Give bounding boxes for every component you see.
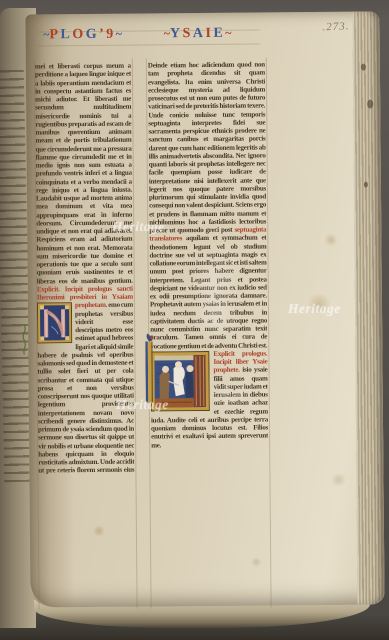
running-title-letter: L [60, 27, 72, 42]
running-title-letter: O [72, 27, 86, 42]
body-text: Deinde etiam hoc adiciendum quod non tam… [148, 60, 266, 234]
fore-edge-speck [361, 64, 366, 71]
heritage-watermark: Heritage [116, 397, 169, 413]
running-title-letter: S [182, 26, 192, 41]
book-fore-edge [352, 11, 384, 604]
folio-number: .273. [322, 20, 349, 33]
initial-extension-ornament [145, 333, 155, 402]
parchment-stain [329, 474, 347, 486]
running-title-letter: E [213, 26, 225, 41]
ruling-line-horizontal [38, 44, 260, 47]
fore-edge-speck [364, 182, 368, 188]
parchment-stain [92, 526, 106, 536]
watermark-emblem [195, 298, 241, 342]
running-title-ysaie: ~YSAIE~ [138, 26, 258, 43]
running-title-letter: P [49, 27, 60, 42]
pen-flourish: ~ [116, 27, 122, 41]
parchment-stain [250, 558, 262, 567]
heritage-watermark: Heritage [288, 301, 341, 317]
running-title-letter: G [86, 27, 100, 42]
pen-flourish: ~ [225, 26, 231, 40]
parchment-stain [323, 234, 338, 246]
marginal-flourish [22, 325, 26, 355]
running-title-letter: A [193, 26, 206, 41]
manuscript-photo: .273. ~PLOG’9~ ~YSAIE~ mei et liberasti … [0, 0, 389, 640]
text-column-left: mei et liberasti corpus meum a perdition… [35, 62, 135, 476]
heritage-watermark: Heritage [112, 219, 165, 235]
watermark-emblem [208, 382, 252, 408]
illuminated-initial-N [37, 302, 72, 343]
running-title-letter: ’9 [99, 27, 116, 42]
running-title-letter: I [205, 26, 213, 41]
running-title-letter: Y [170, 26, 183, 41]
running-title-prologus: ~PLOG’9~ [40, 27, 126, 44]
fore-edge-speck [367, 100, 373, 109]
body-text: mei et liberasti corpus meum a perdition… [35, 62, 133, 285]
